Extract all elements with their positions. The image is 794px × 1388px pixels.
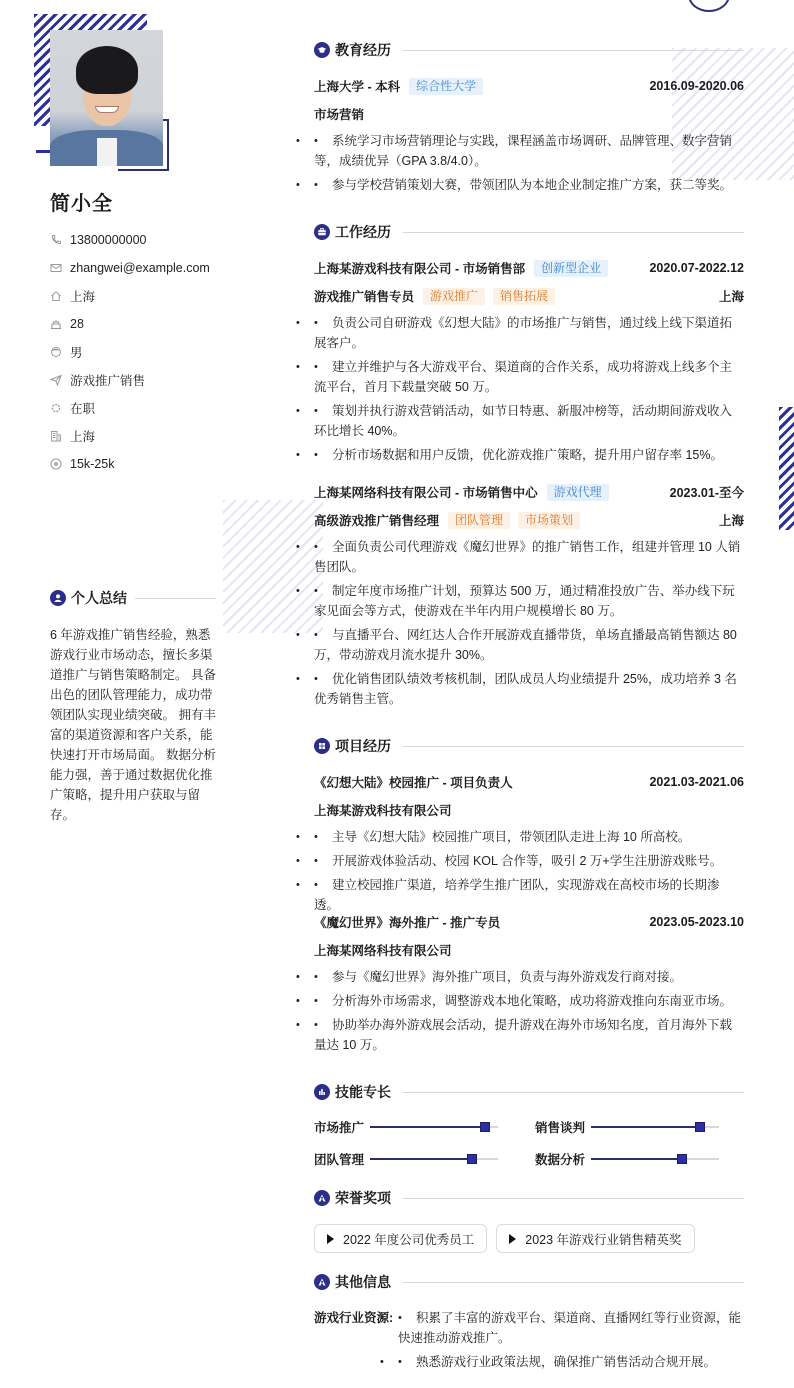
- company-tag: 创新型企业: [534, 260, 608, 277]
- award-item: 2022 年度公司优秀员工: [314, 1224, 487, 1253]
- projects-section-header: 项目经历: [314, 736, 744, 756]
- profile-name: 简小全: [50, 187, 113, 216]
- graduation-cap-icon: [314, 42, 330, 58]
- position: 高级游戏推广销售经理: [314, 511, 439, 529]
- divider: [135, 598, 216, 599]
- decorative-stripes: [223, 500, 323, 633]
- grid-icon: [314, 738, 330, 754]
- divider: [403, 1282, 744, 1283]
- date-range: 2023.05-2023.10: [649, 915, 744, 929]
- list-item: •参与学校营销策划大赛，带领团队为本地企业制定推广方案，获二等奖。: [314, 175, 744, 195]
- skill-tag: 团队管理: [448, 512, 510, 529]
- work-section-header: 工作经历: [314, 222, 744, 242]
- other-info: 游戏行业资源: •积累了丰富的游戏平台、渠道商、直播网红等行业资源，能快速推动游…: [314, 1308, 744, 1376]
- info-home: 上海: [50, 282, 230, 310]
- work-item: 上海某网络科技有限公司 - 市场销售中心 游戏代理 2023.01-至今 高级游…: [314, 478, 744, 713]
- project-company: 上海某网络科技有限公司: [314, 941, 452, 959]
- list-item: •熟悉游戏行业政策法规，确保推广销售活动合规开展。: [398, 1352, 744, 1372]
- divider: [403, 50, 744, 51]
- home-icon: [50, 290, 62, 302]
- award-item: 2023 年游戏行业销售精英奖: [496, 1224, 694, 1253]
- school-name: 上海大学 - 本科: [314, 77, 400, 95]
- phone-icon: [50, 234, 62, 246]
- list-item: •优化销售团队绩效考核机制，团队成员人均业绩提升 25%，成功培养 3 名优秀销…: [314, 669, 744, 709]
- list-item: •分析海外市场需求，调整游戏本地化策略，成功将游戏推向东南亚市场。: [314, 991, 744, 1011]
- date-range: 2020.07-2022.12: [649, 261, 744, 275]
- list-item: •建立并维护与各大游戏平台、渠道商的合作关系，成功将游戏上线多个主流平台，首月下…: [314, 357, 744, 397]
- skill-bar: [370, 1126, 498, 1128]
- section-title: 其他信息: [335, 1272, 391, 1292]
- date-range: 2021.03-2021.06: [649, 775, 744, 789]
- skill-item: 销售谈判: [535, 1117, 719, 1137]
- decorative-stripes: [779, 407, 794, 530]
- info-gender: 男: [50, 338, 230, 366]
- work-item: 上海某游戏科技有限公司 - 市场销售部 创新型企业 2020.07-2022.1…: [314, 254, 744, 469]
- company-name: 上海某网络科技有限公司 - 市场销售中心: [314, 483, 538, 501]
- project-item: 《魔幻世界》海外推广 - 推广专员 2023.05-2023.10 上海某网络科…: [314, 908, 744, 1059]
- building-icon: [50, 430, 62, 442]
- date-range: 2023.01-至今: [670, 483, 744, 501]
- list-item: •制定年度市场推广计划，预算达 500 万，通过精准投放广告、举办线下玩家见面会…: [314, 581, 744, 621]
- date-range: 2016.09-2020.06: [649, 79, 744, 93]
- divider: [403, 1198, 744, 1199]
- skill-item: 数据分析: [535, 1149, 719, 1169]
- list-item: •全面负责公司代理游戏《魔幻世界》的推广销售工作，组建并管理 10 人销售团队。: [314, 537, 744, 577]
- section-title: 教育经历: [335, 40, 391, 60]
- major: 市场营销: [314, 105, 364, 123]
- status-icon: [50, 402, 62, 414]
- divider: [403, 1092, 744, 1093]
- salary-icon: [50, 458, 62, 470]
- summary-text: 6 年游戏推广销售经验，熟悉游戏行业市场动态，擅长多渠道推广与销售策略制定。 具…: [50, 625, 216, 825]
- section-title: 技能专长: [335, 1082, 391, 1102]
- info-age: 28: [50, 310, 230, 338]
- education-section-header: 教育经历: [314, 40, 744, 60]
- triangle-right-icon: [327, 1234, 334, 1244]
- mail-icon: [50, 262, 62, 274]
- triangle-right-icon: [509, 1234, 516, 1244]
- info-email: zhangwei@example.com: [50, 254, 230, 282]
- section-title: 工作经历: [335, 222, 391, 242]
- award-icon: [314, 1190, 330, 1206]
- send-icon: [50, 374, 62, 386]
- list-item: •系统学习市场营销理论与实践，课程涵盖市场调研、品牌管理、数字营销等，成绩优异（…: [314, 131, 744, 171]
- project-name: 《魔幻世界》海外推广 - 推广专员: [314, 913, 500, 931]
- skills-section-header: 技能专长: [314, 1082, 744, 1102]
- briefcase-icon: [314, 224, 330, 240]
- user-icon: [50, 590, 66, 606]
- list-item: •协助举办海外游戏展会活动，提升游戏在海外市场知名度，首月海外下载量达 10 万…: [314, 1015, 744, 1055]
- location: 上海: [719, 511, 744, 529]
- education-item: 上海大学 - 本科 综合性大学 2016.09-2020.06 市场营销 •系统…: [314, 72, 744, 199]
- bar-chart-icon: [314, 1084, 330, 1100]
- skill-tag: 销售拓展: [493, 288, 555, 305]
- decorative-circle: [688, 0, 730, 12]
- company-name: 上海某游戏科技有限公司 - 市场销售部: [314, 259, 525, 277]
- list-item: •开展游戏体验活动、校园 KOL 合作等，吸引 2 万+学生注册游戏账号。: [314, 851, 744, 871]
- awards-section-header: 荣誉奖项: [314, 1188, 744, 1208]
- company-tag: 游戏代理: [547, 484, 609, 501]
- info-city: 上海: [50, 422, 230, 450]
- cake-icon: [50, 318, 62, 330]
- school-tag: 综合性大学: [409, 78, 483, 95]
- list-item: •积累了丰富的游戏平台、渠道商、直播网红等行业资源，能快速推动游戏推广。: [398, 1308, 744, 1348]
- avatar: [50, 30, 163, 166]
- list-item: •负责公司自研游戏《幻想大陆》的市场推广与销售，通过线上线下渠道拓展客户。: [314, 313, 744, 353]
- info-badge-icon: [314, 1274, 330, 1290]
- list-item: •主导《幻想大陆》校园推广项目，带领团队走进上海 10 所高校。: [314, 827, 744, 847]
- info-job-target: 游戏推广销售: [50, 366, 230, 394]
- list-item: •参与《魔幻世界》海外推广项目，负责与海外游戏发行商对接。: [314, 967, 744, 987]
- project-company: 上海某游戏科技有限公司: [314, 801, 452, 819]
- skill-bar: [591, 1126, 719, 1128]
- info-status: 在职: [50, 394, 230, 422]
- gender-icon: [50, 346, 62, 358]
- list-item: •策划并执行游戏营销活动，如节日特惠、新服冲榜等，活动期间游戏收入环比增长 40…: [314, 401, 744, 441]
- skill-tag: 游戏推广: [423, 288, 485, 305]
- summary-section: 个人总结 6 年游戏推广销售经验，熟悉游戏行业市场动态，擅长多渠道推广与销售策略…: [50, 588, 216, 825]
- skill-tag: 市场策划: [518, 512, 580, 529]
- skill-item: 团队管理: [314, 1149, 498, 1169]
- section-title: 荣誉奖项: [335, 1188, 391, 1208]
- project-item: 《幻想大陆》校园推广 - 项目负责人 2021.03-2021.06 上海某游戏…: [314, 768, 744, 919]
- section-title: 个人总结: [71, 588, 127, 608]
- info-phone: 13800000000: [50, 226, 230, 254]
- skill-bar: [591, 1158, 719, 1160]
- list-item: •分析市场数据和用户反馈，优化游戏推广策略，提升用户留存率 15%。: [314, 445, 744, 465]
- position: 游戏推广销售专员: [314, 287, 414, 305]
- list-item: •与直播平台、网红达人合作开展游戏直播带货，单场直播最高销售额达 80 万，带动…: [314, 625, 744, 665]
- awards-list: 2022 年度公司优秀员工 2023 年游戏行业销售精英奖: [314, 1224, 695, 1253]
- project-name: 《幻想大陆》校园推广 - 项目负责人: [314, 773, 513, 791]
- other-section-header: 其他信息: [314, 1272, 744, 1292]
- divider: [403, 746, 744, 747]
- skill-bar: [370, 1158, 498, 1160]
- location: 上海: [719, 287, 744, 305]
- divider: [403, 232, 744, 233]
- skill-item: 市场推广: [314, 1117, 498, 1137]
- contact-info-list: 13800000000 zhangwei@example.com 上海 28 男…: [50, 226, 230, 478]
- section-title: 项目经历: [335, 736, 391, 756]
- info-salary: 15k-25k: [50, 450, 230, 478]
